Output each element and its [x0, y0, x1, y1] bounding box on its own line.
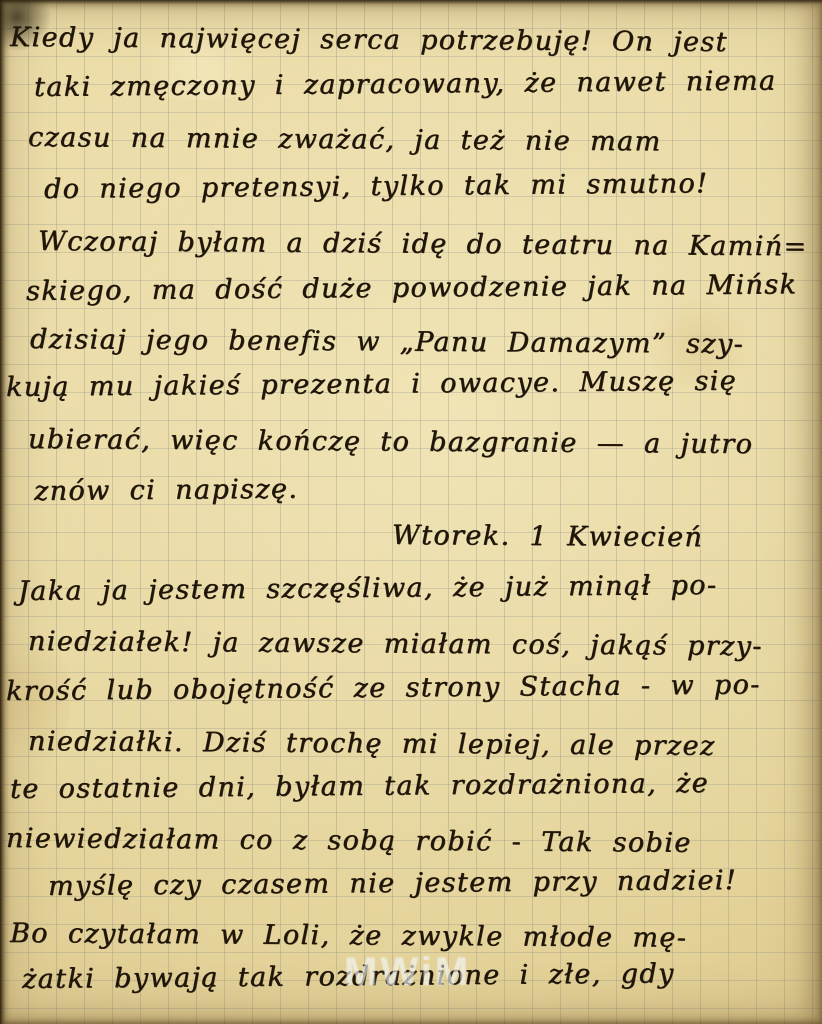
handwritten-line: dzisiaj jego benefis w „Panu Damazym” sz…	[30, 324, 744, 360]
scan-edge-top	[0, 0, 822, 4]
handwritten-line: taki zmęczony i zapracowany, że nawet ni…	[34, 66, 777, 103]
handwritten-line: znów ci napiszę.	[34, 474, 299, 507]
handwritten-line: myślę czy czasem nie jestem przy nadziei…	[48, 865, 737, 902]
handwritten-line: Bo czytałam w Loli, że zwykle młode mę-	[10, 918, 687, 954]
archive-watermark: MWiM	[344, 950, 471, 995]
handwritten-line: Kiedy ja najwięcej serca potrzebuję! On …	[10, 22, 728, 58]
handwritten-line: do niego pretensyi, tylko tak mi smutno!	[44, 168, 709, 205]
handwritten-line: te ostatnie dni, byłam tak rozdrażniona,…	[10, 768, 709, 805]
handwritten-line: ubierać, więc kończę to bazgranie — a ju…	[28, 424, 754, 460]
handwritten-line: niedziałek! ja zawsze miałam coś, jakąś …	[28, 626, 763, 662]
handwritten-line: Jaka ja jestem szczęśliwa, że już minął …	[18, 570, 718, 607]
letter-page: Kiedy ja najwięcej serca potrzebuję! On …	[0, 0, 822, 1024]
handwritten-line: Wczoraj byłam a dziś idę do teatru na Ka…	[38, 226, 808, 262]
handwritten-line: niedziałki. Dziś trochę mi lepiej, ale p…	[28, 726, 716, 762]
handwritten-line: krość lub obojętność ze strony Stacha - …	[6, 669, 761, 707]
handwritten-line: niewiedziałam co z sobą robić - Tak sobi…	[6, 823, 692, 859]
scan-edge-left	[0, 0, 5, 1024]
handwritten-line: czasu na mnie zważać, ja też nie mam	[28, 122, 662, 157]
date-heading: Wtorek. 1 Kwiecień	[392, 520, 703, 553]
handwritten-line: kują mu jakieś prezenta i owacye. Muszę …	[6, 366, 737, 403]
